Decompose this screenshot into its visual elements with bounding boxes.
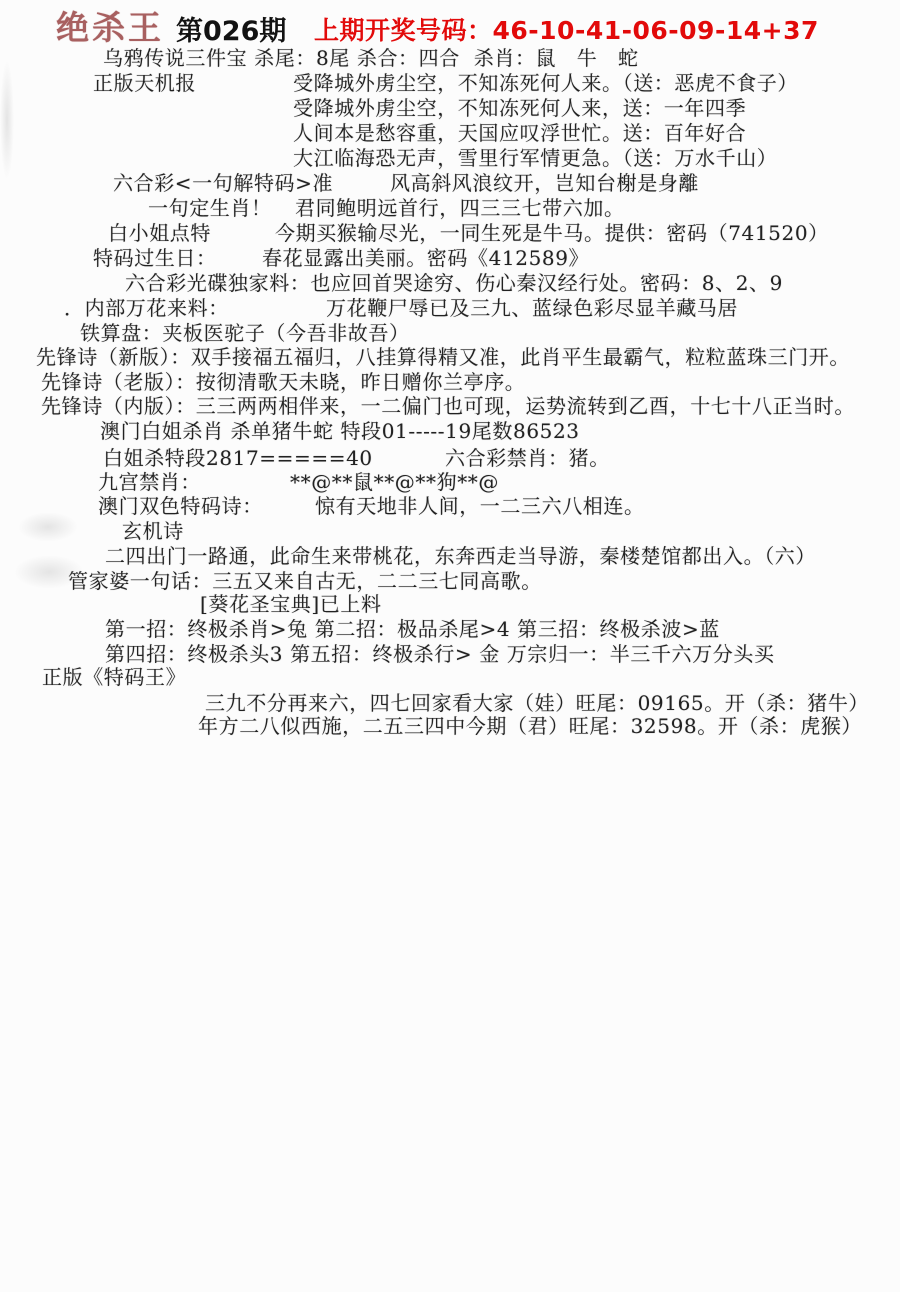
line-shuangse-label: 澳门双色特码诗： xyxy=(98,494,263,518)
line-aomen-baijie: 澳门白姐杀肖 杀单猪牛蛇 特段01-----19尾数86523 xyxy=(100,419,580,443)
line-baixiaojie-label: 白小姐点特 xyxy=(108,221,211,245)
line-zhao-45: 第四招：终极杀头3 第五招：终极杀行> 金 万宗归一：半三千六万分头买 xyxy=(105,642,775,666)
line-dingshengxiao-text: 君同鲍明远首行，四三三七带六加。 xyxy=(295,196,625,220)
issue-number: 第026期 xyxy=(176,9,286,48)
line-baixiaojie-text: 今期买猴输尽光，一同生死是牛马。提供：密码（741520） xyxy=(275,221,829,245)
lottery-tip-sheet: 绝杀王 第026期 上期开奖号码：46-10-41-06-09-14+37 乌鸦… xyxy=(0,0,900,1292)
scan-artifact xyxy=(0,60,14,180)
line-xianfengshi-old: 先锋诗（老版）：按彻清歌天未晓，昨日赠你兰亭序。 xyxy=(41,370,525,394)
line-wanhua-label: ．内部万花来料： xyxy=(64,296,229,320)
line-tianjibao-4: 大江临海恐无声，雪里行军情更急。（送：万水千山） xyxy=(293,146,777,170)
line-tianjibao-label: 正版天机报 xyxy=(93,71,196,95)
line-shuangse-text: 惊有天地非人间，一二三六八相连。 xyxy=(315,494,645,518)
line-xianfengshi-new: 先锋诗（新版）：双手接福五福归，八挂算得精又准，此肖平生最霸气，粒粒蓝珠三门开。 xyxy=(36,345,850,369)
line-zhao-123: 第一招：终极杀肖>兔 第二招：极品杀尾>4 第三招：终极杀波>蓝 xyxy=(105,617,720,641)
line-tianjibao-3: 人间本是愁容重，天国应叹浮世忙。送：百年好合 xyxy=(293,121,746,145)
line-baijie-shateduan: 白姐杀特段2817=====40 xyxy=(103,446,373,470)
line-guoshengri-label: 特码过生日： xyxy=(93,246,217,270)
last-draw-numbers: 上期开奖号码：46-10-41-06-09-14+37 xyxy=(314,11,819,47)
line-temawang-1: 三九不分再来六，四七回家看大家（娃）旺尾：09165。开（杀：猪牛） xyxy=(205,691,869,715)
line-jinxiao: 六合彩禁肖：猪。 xyxy=(445,446,610,470)
line-dingshengxiao-label: 一句定生肖！ xyxy=(148,196,272,220)
line-wanhua-text: 万花鞭尸辱已及三九、蓝绿色彩尽显羊藏马居 xyxy=(326,296,738,320)
scan-artifact xyxy=(18,512,78,542)
line-xuanjishi-text: 二四出门一路通，此命生来带桃花，东奔西走当导游，秦楼楚馆都出入。（六） xyxy=(105,544,816,568)
line-xuanjishi-title: 玄机诗 xyxy=(122,519,184,543)
line-temawang-title: 正版《特码王》 xyxy=(42,665,186,689)
line-yijujiete-text: 风高斜风浪纹开，岂知台榭是身離 xyxy=(390,171,699,195)
page-title: 绝杀王 xyxy=(56,2,164,49)
line-temawang-2: 年方二八似西施，二五三四中今期（君）旺尾：32598。开（杀：虎猴） xyxy=(198,714,862,738)
line-guoshengri-text: 春花显露出美丽。密码《412589》 xyxy=(262,246,589,270)
line-yijujiete-label: 六合彩<一句解特码>准 xyxy=(113,171,333,195)
line-guangdie: 六合彩光碟独家料：也应回首哭途穷、伤心秦汉经行处。密码：8、2、9 xyxy=(125,271,783,295)
line-kuihua: [葵花圣宝典]已上料 xyxy=(200,592,382,616)
line-sanjianbao: 乌鸦传说三件宝 杀尾：8尾 杀合：四合 杀肖：鼠 牛 蛇 xyxy=(103,46,639,70)
line-jiugong-label: 九宫禁肖： xyxy=(98,470,201,494)
line-tiesuanpan: 铁算盘：夹板医驼子（今吾非故吾） xyxy=(80,321,410,345)
line-jiugong-text: **@**鼠**@**狗**@ xyxy=(290,470,499,494)
line-xianfengshi-inner: 先锋诗（内版）：三三两两相伴来，一二偏门也可现，运势流转到乙酉，十七十八正当时。 xyxy=(41,394,855,418)
line-tianjibao-1: 受降城外虏尘空，不知冻死何人来。（送：恶虎不食子） xyxy=(293,71,798,95)
line-tianjibao-2: 受降城外虏尘空，不知冻死何人来，送：一年四季 xyxy=(293,96,746,120)
line-guanjiapo: 管家婆一句话：三五又来自古无，二二三七同高歌。 xyxy=(68,569,542,593)
